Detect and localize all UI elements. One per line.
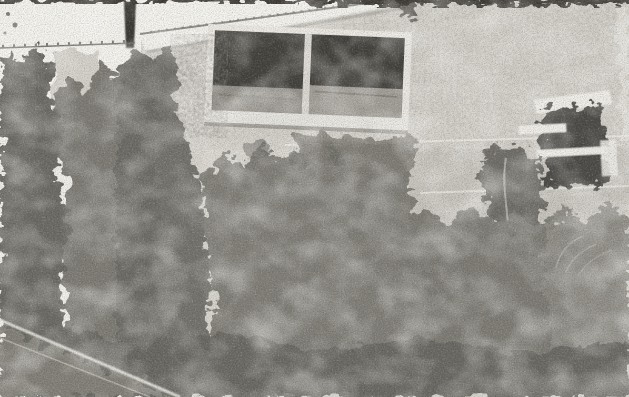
photo-grain-dark [0, 0, 629, 397]
scanned-photograph [0, 0, 629, 397]
